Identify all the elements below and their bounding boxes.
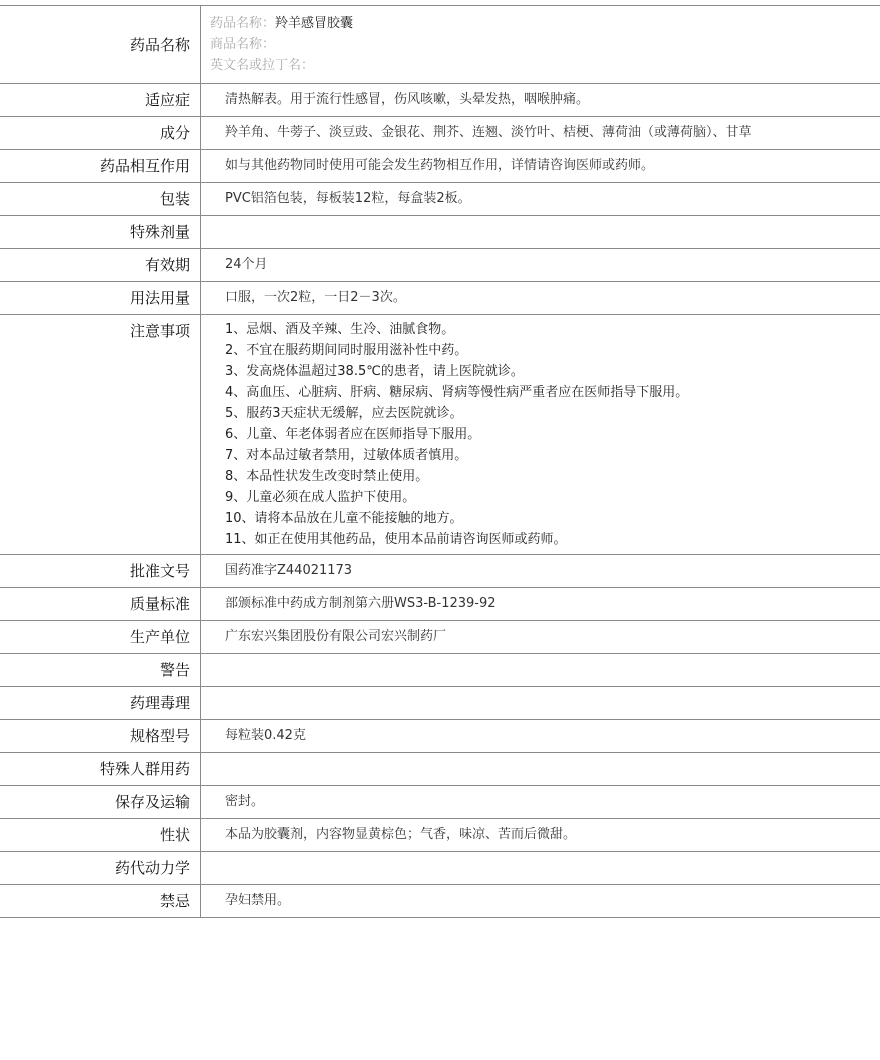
english-name-label: 英文名或拉丁名：	[210, 58, 314, 73]
row-indications: 适应症 清热解表。用于流行性感冒，伤风咳嗽，头晕发热，咽喉肿痛。	[0, 84, 880, 117]
value-precautions: 1、忌烟、酒及辛辣、生冷、油腻食物。 2、不宜在服药期间同时服用滋补性中药。 3…	[201, 315, 880, 555]
row-special-populations: 特殊人群用药	[0, 753, 880, 786]
label-approval-number: 批准文号	[0, 555, 201, 588]
precaution-item: 1、忌烟、酒及辛辣、生冷、油腻食物。	[225, 319, 790, 340]
label-indications: 适应症	[0, 84, 201, 117]
row-drug-name: 药品名称 药品名称：羚羊感冒胶囊 商品名称： 英文名或拉丁名：	[0, 6, 880, 84]
trade-name-label: 商品名称：	[210, 37, 275, 52]
row-ingredients: 成分 羚羊角、牛蒡子、淡豆豉、金银花、荆芥、连翘、淡竹叶、桔梗、薄荷油（或薄荷脑…	[0, 117, 880, 150]
value-storage: 密封。	[201, 786, 880, 819]
value-manufacturer: 广东宏兴集团股份有限公司宏兴制药厂	[201, 621, 880, 654]
value-dosage: 口服，一次2粒，一日2－3次。	[201, 282, 880, 315]
label-manufacturer: 生产单位	[0, 621, 201, 654]
row-packaging: 包装 PVC铝箔包装，每板装12粒，每盒装2板。	[0, 183, 880, 216]
label-pharmacology-toxicology: 药理毒理	[0, 687, 201, 720]
value-approval-number: 国药准字Z44021173	[201, 555, 880, 588]
value-contraindications: 孕妇禁用。	[201, 885, 880, 918]
label-dosage: 用法用量	[0, 282, 201, 315]
row-contraindications: 禁忌 孕妇禁用。	[0, 885, 880, 918]
value-special-dosage	[201, 216, 880, 249]
value-specification: 每粒装0.42克	[201, 720, 880, 753]
row-manufacturer: 生产单位 广东宏兴集团股份有限公司宏兴制药厂	[0, 621, 880, 654]
label-drug-name: 药品名称	[0, 6, 201, 84]
row-dosage: 用法用量 口服，一次2粒，一日2－3次。	[0, 282, 880, 315]
row-special-dosage: 特殊剂量	[0, 216, 880, 249]
precaution-item: 9、儿童必须在成人监护下使用。	[225, 487, 790, 508]
row-warning: 警告	[0, 654, 880, 687]
value-pharmacokinetics	[201, 852, 880, 885]
label-special-dosage: 特殊剂量	[0, 216, 201, 249]
precaution-item: 5、服药3天症状无缓解，应去医院就诊。	[225, 403, 790, 424]
row-pharmacology-toxicology: 药理毒理	[0, 687, 880, 720]
value-indications: 清热解表。用于流行性感冒，伤风咳嗽，头晕发热，咽喉肿痛。	[201, 84, 880, 117]
label-special-populations: 特殊人群用药	[0, 753, 201, 786]
value-ingredients: 羚羊角、牛蒡子、淡豆豉、金银花、荆芥、连翘、淡竹叶、桔梗、薄荷油（或薄荷脑）、甘…	[201, 117, 880, 150]
row-pharmacokinetics: 药代动力学	[0, 852, 880, 885]
precaution-item: 7、对本品过敏者禁用，过敏体质者慎用。	[225, 445, 790, 466]
precaution-item: 2、不宜在服药期间同时服用滋补性中药。	[225, 340, 790, 361]
label-storage: 保存及运输	[0, 786, 201, 819]
row-quality-standard: 质量标准 部颁标准中药成方制剂第六册WS3-B-1239-92	[0, 588, 880, 621]
value-description: 本品为胶囊剂，内容物显黄棕色；气香，味凉、苦而后微甜。	[201, 819, 880, 852]
drug-spec-table: 药品名称 药品名称：羚羊感冒胶囊 商品名称： 英文名或拉丁名： 适应症 清热解表…	[0, 5, 880, 918]
label-pharmacokinetics: 药代动力学	[0, 852, 201, 885]
row-storage: 保存及运输 密封。	[0, 786, 880, 819]
label-shelf-life: 有效期	[0, 249, 201, 282]
label-contraindications: 禁忌	[0, 885, 201, 918]
label-interactions: 药品相互作用	[0, 150, 201, 183]
row-precautions: 注意事项 1、忌烟、酒及辛辣、生冷、油腻食物。 2、不宜在服药期间同时服用滋补性…	[0, 315, 880, 555]
precaution-item: 6、儿童、年老体弱者应在医师指导下服用。	[225, 424, 790, 445]
value-drug-name: 药品名称：羚羊感冒胶囊 商品名称： 英文名或拉丁名：	[201, 6, 880, 84]
precaution-item: 3、发高烧体温超过38.5℃的患者，请上医院就诊。	[225, 361, 790, 382]
value-interactions: 如与其他药物同时使用可能会发生药物相互作用，详情请咨询医师或药师。	[201, 150, 880, 183]
precaution-item: 11、如正在使用其他药品，使用本品前请咨询医师或药师。	[225, 529, 790, 550]
row-shelf-life: 有效期 24个月	[0, 249, 880, 282]
value-quality-standard: 部颁标准中药成方制剂第六册WS3-B-1239-92	[201, 588, 880, 621]
row-description: 性状 本品为胶囊剂，内容物显黄棕色；气香，味凉、苦而后微甜。	[0, 819, 880, 852]
value-warning	[201, 654, 880, 687]
generic-name-label: 药品名称：	[210, 16, 275, 31]
english-name-line: 英文名或拉丁名：	[210, 55, 790, 76]
row-interactions: 药品相互作用 如与其他药物同时使用可能会发生药物相互作用，详情请咨询医师或药师。	[0, 150, 880, 183]
label-packaging: 包装	[0, 183, 201, 216]
label-specification: 规格型号	[0, 720, 201, 753]
label-warning: 警告	[0, 654, 201, 687]
trade-name-line: 商品名称：	[210, 34, 790, 55]
precaution-item: 8、本品性状发生改变时禁止使用。	[225, 466, 790, 487]
precaution-item: 4、高血压、心脏病、肝病、糖尿病、肾病等慢性病严重者应在医师指导下服用。	[225, 382, 790, 403]
value-special-populations	[201, 753, 880, 786]
generic-name-line: 药品名称：羚羊感冒胶囊	[210, 13, 790, 34]
precautions-list: 1、忌烟、酒及辛辣、生冷、油腻食物。 2、不宜在服药期间同时服用滋补性中药。 3…	[225, 319, 790, 550]
label-description: 性状	[0, 819, 201, 852]
precaution-item: 10、请将本品放在儿童不能接触的地方。	[225, 508, 790, 529]
value-shelf-life: 24个月	[201, 249, 880, 282]
label-quality-standard: 质量标准	[0, 588, 201, 621]
value-pharmacology-toxicology	[201, 687, 880, 720]
label-precautions: 注意事项	[0, 315, 201, 555]
value-packaging: PVC铝箔包装，每板装12粒，每盒装2板。	[201, 183, 880, 216]
row-approval-number: 批准文号 国药准字Z44021173	[0, 555, 880, 588]
generic-name-value: 羚羊感冒胶囊	[275, 16, 353, 31]
label-ingredients: 成分	[0, 117, 201, 150]
row-specification: 规格型号 每粒装0.42克	[0, 720, 880, 753]
